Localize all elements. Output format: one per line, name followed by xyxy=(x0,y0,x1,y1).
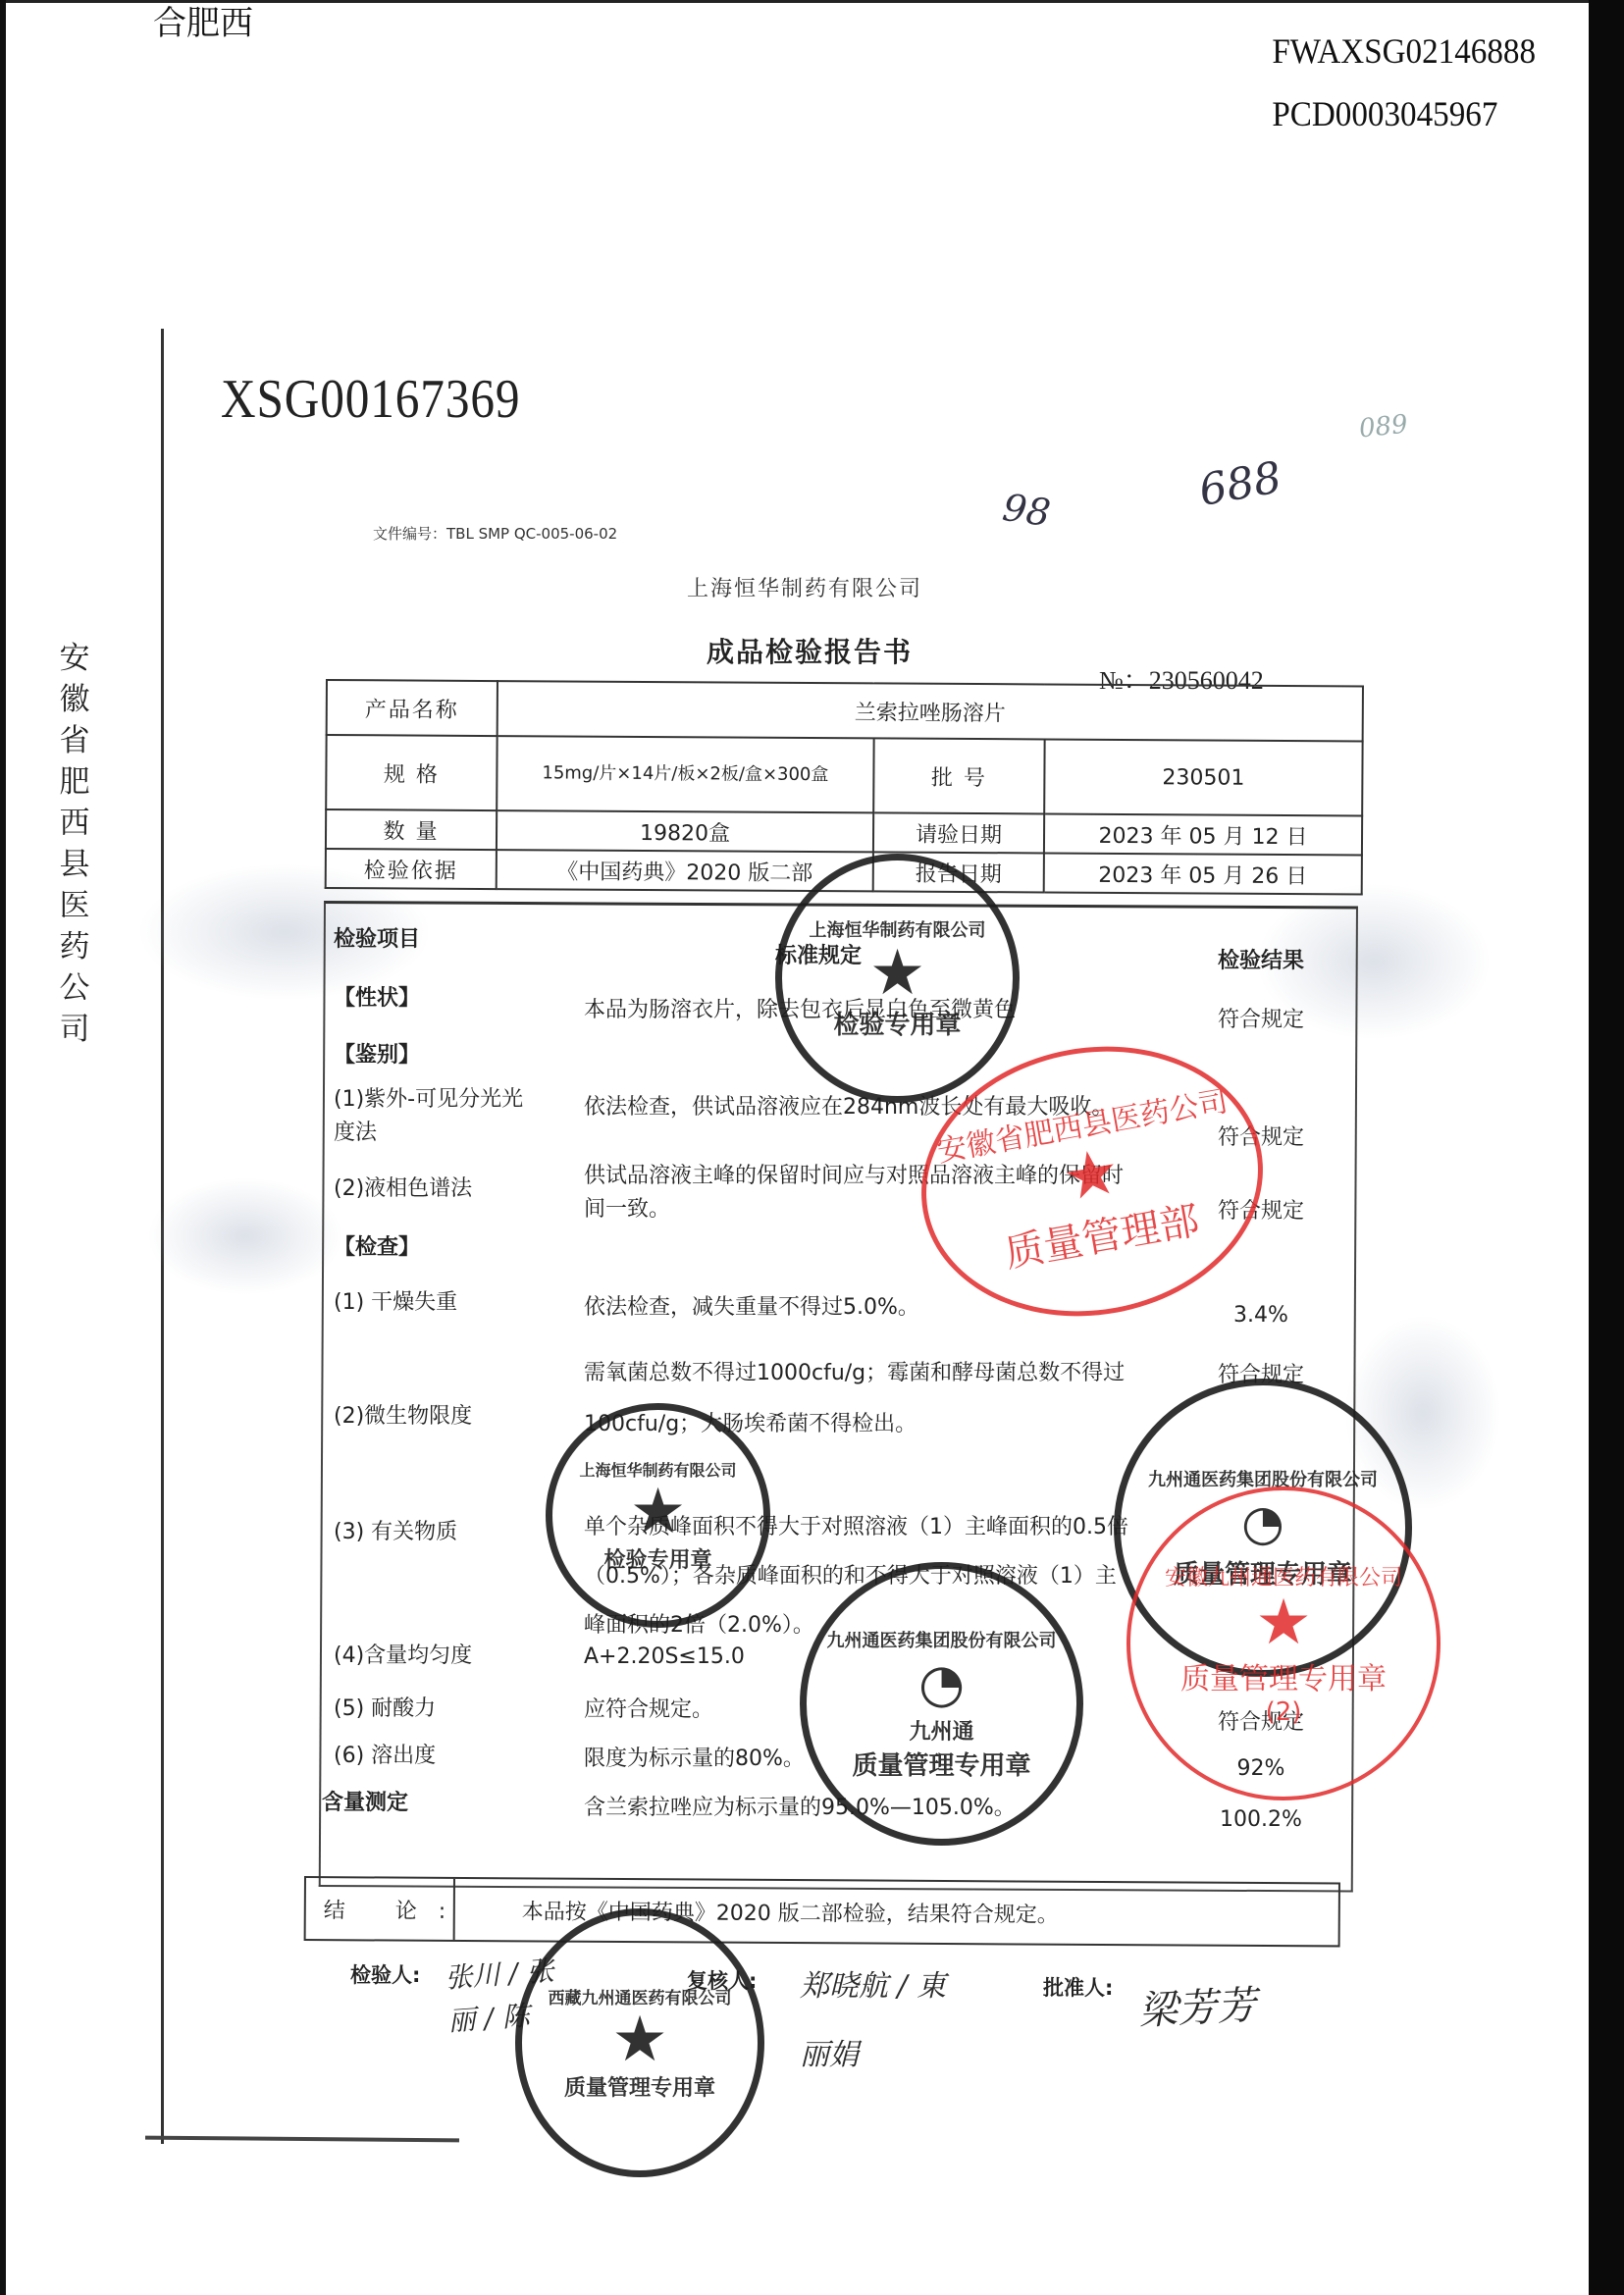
inspector-label: 检验人: xyxy=(350,1959,420,1989)
handwritten-note: 089 xyxy=(1358,409,1410,443)
manufacturer-qc-stamp: 上海恒华制药有限公司 ★ 检验专用章 xyxy=(775,854,1020,1103)
tracking-codes: FWAXSG02146888 PCD0003045967 xyxy=(1272,20,1536,145)
approver-label: 批准人: xyxy=(1043,1972,1113,2002)
conclusion-divider xyxy=(453,1879,455,1940)
stamp-dept-text: 质量管理专用章 xyxy=(564,2071,715,2102)
stamp-dept-text: 检验专用章 xyxy=(603,1543,711,1574)
star-icon: ★ xyxy=(611,2008,667,2071)
scan-edge-right xyxy=(1589,0,1624,2295)
tracking-code-1: FWAXSG02146888 xyxy=(1272,20,1536,82)
result-assay: 100.2% xyxy=(1192,1807,1330,1832)
logo-icon: ◔ xyxy=(918,1652,965,1715)
basis-label: 检验依据 xyxy=(326,849,497,889)
request-date-label: 请验日期 xyxy=(873,812,1044,853)
stamp-dept-text: 检验专用章 xyxy=(833,1005,961,1041)
item-uv: (1)紫外-可见分光光度法 xyxy=(334,1083,530,1150)
quantity-label: 数 量 xyxy=(326,809,497,850)
scan-edge-left xyxy=(0,0,6,2295)
report-date: 2023 年 05 月 26 日 xyxy=(1044,853,1362,894)
report-title: 成品检验报告书 xyxy=(707,631,913,670)
conclusion-label: 结 论: xyxy=(324,1894,468,1925)
item-dissolution: (6) 溶出度 xyxy=(334,1739,550,1769)
item-assay: 含量测定 xyxy=(322,1786,538,1816)
product-name-label: 产品名称 xyxy=(327,680,498,736)
scan-smudge xyxy=(147,1177,343,1295)
product-name: 兰索拉唑肠溶片 xyxy=(498,681,1363,741)
item-microbial: (2)微生物限度 xyxy=(334,1399,550,1430)
star-icon: ★ xyxy=(869,942,925,1005)
star-icon: ★ xyxy=(1255,1591,1311,1654)
conclusion-row: 结 论: 本品按《中国药典》2020 版二部检验，结果符合规定。 xyxy=(304,1876,1340,1947)
request-date: 2023 年 05 月 12 日 xyxy=(1044,813,1362,855)
star-icon: ★ xyxy=(630,1481,686,1543)
section-tests: 【检查】 xyxy=(334,1230,550,1261)
stamp-arc-text: 九州通医药集团股份有限公司 xyxy=(827,1627,1057,1652)
doc-number: 文件编号：TBL SMP QC-005-06-02 xyxy=(373,523,617,544)
spec-value: 15mg/片×14片/板×2板/盒×300盒 xyxy=(497,736,873,812)
tracking-code-2: PCD0003045967 xyxy=(1272,82,1536,145)
col-header-result: 检验结果 xyxy=(1192,944,1330,974)
reviewer-signature: 郑晓航 / 東丽娟 xyxy=(800,1953,957,2090)
approver-signature: 梁芳芳 xyxy=(1137,1974,1258,2036)
batch-value: 230501 xyxy=(1044,739,1362,815)
item-hplc: (2)液相色谱法 xyxy=(334,1172,550,1202)
result-appearance: 符合规定 xyxy=(1192,1003,1330,1033)
spec-label: 规 格 xyxy=(326,735,497,810)
document-code: XSG00167369 xyxy=(221,368,520,431)
stamp-dept-text: 质量管理专用章 xyxy=(852,1746,1030,1782)
item-appearance: 【性状】 xyxy=(334,981,550,1012)
handwritten-note: 98 xyxy=(1000,486,1053,535)
stamp-dept-text: 质量管理专用章 xyxy=(1180,1654,1387,1697)
item-content-uniformity: (4)含量均匀度 xyxy=(334,1639,550,1669)
page-frame-bottom xyxy=(145,2136,459,2143)
result-loss-on-drying: 3.4% xyxy=(1192,1303,1330,1328)
item-related-substances: (3) 有关物质 xyxy=(334,1515,550,1545)
quantity-value: 19820盒 xyxy=(497,810,873,852)
jiuzhoutong-group-stamp: 九州通医药集团股份有限公司 ◔ 九州通 质量管理专用章 xyxy=(800,1562,1083,1846)
star-icon: ★ xyxy=(1058,1139,1125,1211)
col-header-item: 检验项目 xyxy=(334,922,550,953)
corner-annotation: 合肥西 xyxy=(153,0,253,44)
batch-label: 批 号 xyxy=(873,738,1044,813)
bottom-company-stamp: 西藏九州通医药有限公司 ★ 质量管理专用章 xyxy=(515,1908,764,2177)
section-identification: 【鉴别】 xyxy=(334,1038,550,1069)
anhui-qc-stamp: 安徽九州通医药有限公司 ★ 质量管理专用章 (2) xyxy=(1126,1487,1441,1800)
manufacturer-name: 上海恒华制药有限公司 xyxy=(687,572,922,602)
item-acid-resistance: (5) 耐酸力 xyxy=(334,1692,550,1722)
product-info-table: 产品名称 兰索拉唑肠溶片 规 格 15mg/片×14片/板×2板/盒×300盒 … xyxy=(325,679,1364,895)
item-loss-on-drying: (1) 干燥失重 xyxy=(334,1285,550,1316)
handwritten-note: 688 xyxy=(1195,452,1285,516)
vertical-company-name: 安 徽 省 肥 西 县 医 药 公 司 xyxy=(57,638,92,1050)
manufacturer-qc-stamp-2: 上海恒华制药有限公司 ★ 检验专用章 xyxy=(546,1403,770,1628)
stamp-logo-text: 九州通 xyxy=(909,1715,973,1746)
stamp-number: (2) xyxy=(1266,1697,1302,1727)
